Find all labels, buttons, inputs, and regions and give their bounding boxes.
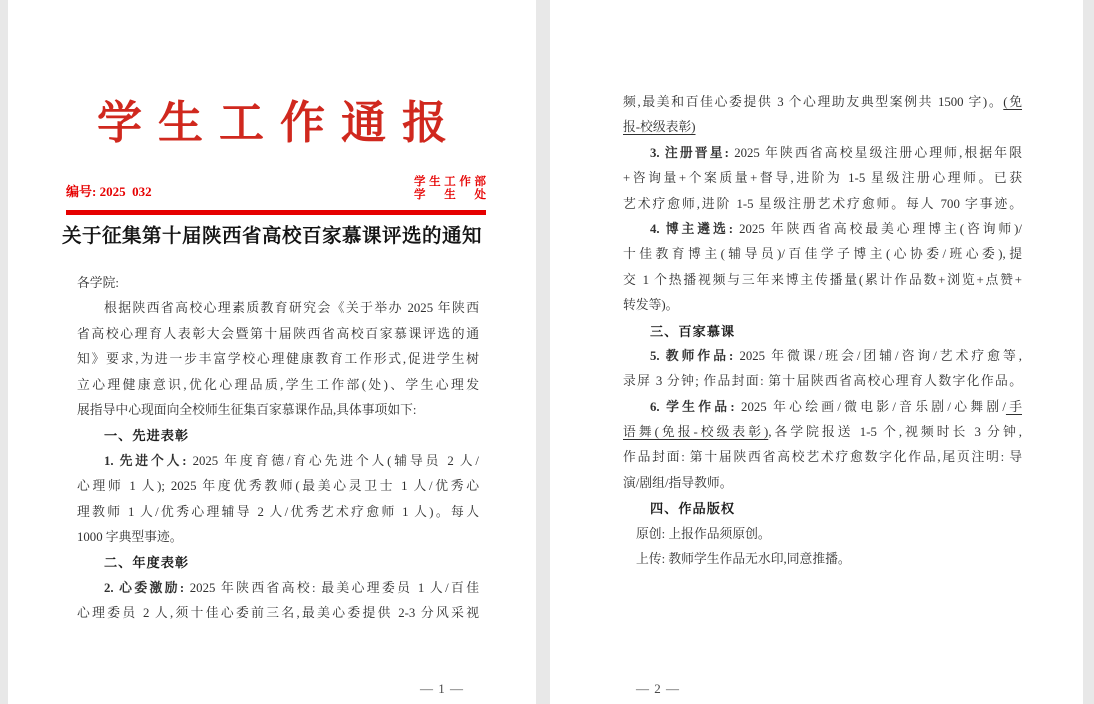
body-text-segment: 2025 年微课/班会/团辅/咨询/艺术疗愈等,	[733, 349, 1022, 363]
body-text-segment: 艺术疗愈师,进阶 1-5 星级注册艺术疗愈师。每人 700 字事迹。	[623, 197, 1022, 211]
text-line: 各学院:	[77, 271, 479, 296]
body-text-segment: 录屏 3 分钟; 作品封面: 第十届陕西省高校心理育人数字化作品。	[623, 374, 1022, 388]
section-heading: 三、百家慕课	[650, 324, 735, 339]
body-text-segment: 立心理健康意识,优化心理品质,学生工作部(处)、学生心理发	[77, 378, 479, 392]
body-text-segment: 1000 字典型事迹。	[77, 530, 183, 544]
issuer-block: 学生工作部 学生处	[414, 176, 486, 201]
text-line: 四、作品版权	[623, 496, 1022, 521]
item-label: 1. 先进个人:	[104, 454, 187, 468]
body-text-segment: (免	[1003, 95, 1022, 109]
issuer-line-1: 学生工作部	[414, 176, 486, 189]
doc-number: 编号: 2025 032	[66, 181, 152, 201]
text-line: 报-校级表彰)	[623, 115, 1022, 140]
body-text-segment: 2025 年心绘画/微电影/音乐剧/心舞剧/	[735, 400, 1006, 414]
body-text-segment: 语舞(免报-校级表彰)	[623, 425, 768, 439]
text-line: 作品封面: 第十届陕西省高校艺术疗愈数字化作品,尾页注明: 导	[623, 445, 1022, 470]
body-text-segment: 2025 年陕西省高校星级注册心理师,根据年限	[729, 146, 1022, 160]
body-text-segment: 上传: 教师学生作品无水印,同意推播。	[636, 552, 851, 566]
body-text-segment: 2025 年陕西省高校: 最美心理委员 1 人/百佳	[184, 581, 479, 595]
item-label: 4. 博主遴选:	[650, 222, 733, 236]
item-label: 6. 学生作品:	[650, 400, 735, 414]
text-line: 展指导中心现面向全校师生征集百家慕课作品,具体事项如下:	[77, 398, 479, 423]
body-text-segment: ,各学院报送 1-5 个,视频时长 3 分钟,	[768, 425, 1022, 439]
masthead-title: 学生工作通报	[8, 90, 536, 156]
body-text-segment: 2025 年陕西省高校最美心理博主(咨询师)/	[733, 222, 1022, 236]
body-text-segment: 报-校级表彰)	[623, 120, 696, 134]
body-text-segment: 频,最美和百佳心委提供 3 个心理助友典型案例共 1500 字)。	[623, 95, 1003, 109]
text-line: 演/剧组/指导教师。	[623, 471, 1022, 496]
body-text-segment: +咨询量+个案质量+督导,进阶为 1-5 星级注册心理师。已获	[623, 171, 1022, 185]
header-row: 编号: 2025 032 学生工作部 学生处	[66, 176, 486, 201]
text-line: 二、年度表彰	[77, 550, 479, 575]
text-line: 立心理健康意识,优化心理品质,学生工作部(处)、学生心理发	[77, 373, 479, 398]
body-text-segment: 心理师 1 人); 2025 年度优秀教师(最美心灵卫士 1 人/优秀心	[77, 479, 479, 493]
body-text-segment: 十佳教育博主(辅导员)/百佳学子博主(心协委/班心委),提	[623, 247, 1022, 261]
text-line: 知》要求,为进一步丰富学校心理健康教育工作形式,促进学生树	[77, 347, 479, 372]
text-line: 4. 博主遴选: 2025 年陕西省高校最美心理博主(咨询师)/	[623, 217, 1022, 242]
text-line: 艺术疗愈师,进阶 1-5 星级注册艺术疗愈师。每人 700 字事迹。	[623, 192, 1022, 217]
section-heading: 二、年度表彰	[104, 555, 189, 570]
body-text-segment: 展指导中心现面向全校师生征集百家慕课作品,具体事项如下:	[77, 403, 416, 417]
body-text-segment: 作品封面: 第十届陕西省高校艺术疗愈数字化作品,尾页注明: 导	[623, 450, 1022, 464]
text-line: 3. 注册晋星: 2025 年陕西省高校星级注册心理师,根据年限	[623, 141, 1022, 166]
text-line: 2. 心委激励: 2025 年陕西省高校: 最美心理委员 1 人/百佳	[77, 576, 479, 601]
text-line: 理教师 1 人/优秀心理辅导 2 人/优秀艺术疗愈师 1 人)。每人	[77, 500, 479, 525]
text-line: 上传: 教师学生作品无水印,同意推播。	[623, 547, 1022, 572]
body-text-segment: 交 1 个热播视频与三年来博主传播量(累计作品数+浏览+点赞+	[623, 273, 1022, 287]
issuer-line-2: 学生处	[414, 189, 486, 202]
section-heading: 一、先进表彰	[104, 428, 189, 443]
body-text-segment: 转发等)。	[623, 298, 678, 312]
text-line: 频,最美和百佳心委提供 3 个心理助友典型案例共 1500 字)。(免	[623, 90, 1022, 115]
page-1: 学生工作通报 编号: 2025 032 学生工作部 学生处 关于征集第十届陕西省…	[8, 0, 536, 704]
text-line: 语舞(免报-校级表彰),各学院报送 1-5 个,视频时长 3 分钟,	[623, 420, 1022, 445]
body-text-segment: 各学院:	[77, 276, 119, 290]
text-line: 交 1 个热播视频与三年来博主传播量(累计作品数+浏览+点赞+	[623, 268, 1022, 293]
text-line: 心理师 1 人); 2025 年度优秀教师(最美心灵卫士 1 人/优秀心	[77, 474, 479, 499]
body-text-segment: 心理委员 2 人,须十佳心委前三名,最美心委提供 2-3 分风采视	[77, 606, 479, 620]
red-divider-rule	[66, 210, 486, 215]
item-label: 2. 心委激励:	[104, 581, 184, 595]
text-line: 省高校心理育人表彰大会暨第十届陕西省高校百家慕课评选的通	[77, 322, 479, 347]
text-line: 转发等)。	[623, 293, 1022, 318]
text-line: 三、百家慕课	[623, 319, 1022, 344]
text-line: 5. 教师作品: 2025 年微课/班会/团辅/咨询/艺术疗愈等,	[623, 344, 1022, 369]
body-text-segment: 根据陕西省高校心理素质教育研究会《关于举办 2025 年陕西	[104, 301, 479, 315]
body-text-segment: 手	[1006, 400, 1022, 414]
document-viewer: 学生工作通报 编号: 2025 032 学生工作部 学生处 关于征集第十届陕西省…	[0, 0, 1094, 704]
text-line: 原创: 上报作品须原创。	[623, 522, 1022, 547]
body-text-segment: 2025 年度育德/育心先进个人(辅导员 2 人/	[187, 454, 479, 468]
page-2-number: — 2 —	[636, 681, 680, 697]
text-line: 1000 字典型事迹。	[77, 525, 479, 550]
text-line: 1. 先进个人: 2025 年度育德/育心先进个人(辅导员 2 人/	[77, 449, 479, 474]
section-heading: 四、作品版权	[650, 501, 735, 516]
text-line: 6. 学生作品: 2025 年心绘画/微电影/音乐剧/心舞剧/手	[623, 395, 1022, 420]
page-2: 频,最美和百佳心委提供 3 个心理助友典型案例共 1500 字)。(免报-校级表…	[550, 0, 1083, 704]
text-line: +咨询量+个案质量+督导,进阶为 1-5 星级注册心理师。已获	[623, 166, 1022, 191]
text-line: 一、先进表彰	[77, 423, 479, 448]
body-text-segment: 原创: 上报作品须原创。	[636, 527, 771, 541]
item-label: 3. 注册晋星:	[650, 146, 729, 160]
body-text-segment: 知》要求,为进一步丰富学校心理健康教育工作形式,促进学生树	[77, 352, 479, 366]
text-line: 录屏 3 分钟; 作品封面: 第十届陕西省高校心理育人数字化作品。	[623, 369, 1022, 394]
text-line: 心理委员 2 人,须十佳心委前三名,最美心委提供 2-3 分风采视	[77, 601, 479, 626]
text-line: 根据陕西省高校心理素质教育研究会《关于举办 2025 年陕西	[77, 296, 479, 321]
page-1-number: — 1 —	[420, 681, 464, 697]
body-text-segment: 理教师 1 人/优秀心理辅导 2 人/优秀艺术疗愈师 1 人)。每人	[77, 505, 479, 519]
page-1-body: 各学院:根据陕西省高校心理素质教育研究会《关于举办 2025 年陕西省高校心理育…	[77, 271, 479, 626]
item-label: 5. 教师作品:	[650, 349, 733, 363]
body-text-segment: 演/剧组/指导教师。	[623, 476, 733, 490]
document-title: 关于征集第十届陕西省高校百家慕课评选的通知	[8, 220, 536, 248]
page-2-body: 频,最美和百佳心委提供 3 个心理助友典型案例共 1500 字)。(免报-校级表…	[623, 90, 1022, 572]
text-line: 十佳教育博主(辅导员)/百佳学子博主(心协委/班心委),提	[623, 242, 1022, 267]
body-text-segment: 省高校心理育人表彰大会暨第十届陕西省高校百家慕课评选的通	[77, 327, 479, 341]
